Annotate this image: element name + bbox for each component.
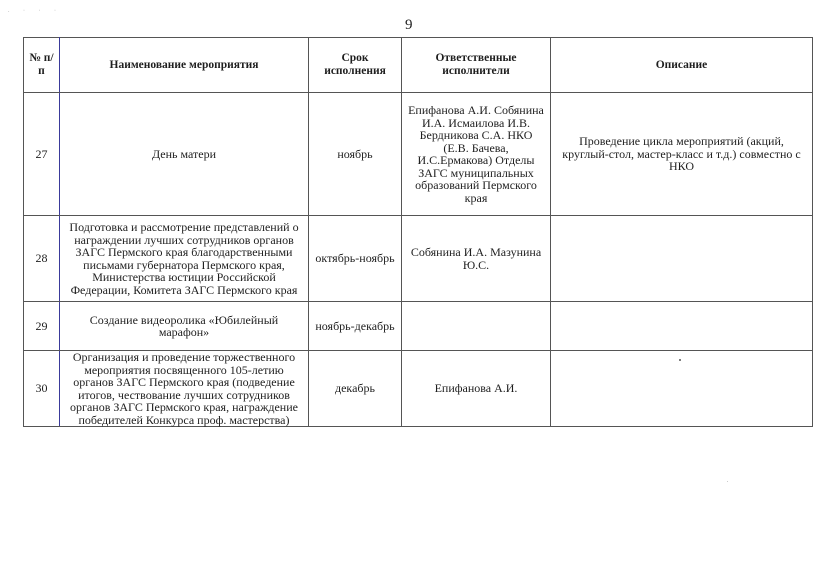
table-header-row: № п/п Наименование мероприятия Срок испо…	[24, 38, 813, 93]
event-responsible: Епифанова А.И. Собянина И.А. Исмаилова И…	[402, 93, 551, 216]
scan-dot	[679, 359, 681, 361]
events-plan-table: № п/п Наименование мероприятия Срок испо…	[23, 37, 813, 427]
event-responsible: Собянина И.А. Мазунина Ю.С.	[402, 216, 551, 302]
header-description: Описание	[551, 38, 813, 93]
row-number: 30	[24, 351, 60, 427]
table-row: 28 Подготовка и рассмотрение представлен…	[24, 216, 813, 302]
event-description: Проведение цикла мероприятий (акций, кру…	[551, 93, 813, 216]
event-responsible: Епифанова А.И.	[402, 351, 551, 427]
event-description	[551, 302, 813, 351]
row-number: 29	[24, 302, 60, 351]
header-responsible: Ответственные исполнители	[402, 38, 551, 93]
table-row: 29 Создание видеоролика «Юбилейный мараф…	[24, 302, 813, 351]
header-term: Срок исполнения	[309, 38, 402, 93]
header-number: № п/п	[24, 38, 60, 93]
table-row: 30 Организация и проведение торжественно…	[24, 351, 813, 427]
event-description	[551, 216, 813, 302]
header-event-name: Наименование мероприятия	[60, 38, 309, 93]
event-term: декабрь	[309, 351, 402, 427]
event-description	[551, 351, 813, 427]
table-row: 27 День матери ноябрь Епифанова А.И. Соб…	[24, 93, 813, 216]
event-term: октябрь-ноябрь	[309, 216, 402, 302]
event-name: Создание видеоролика «Юбилейный марафон»	[60, 302, 309, 351]
row-number: 27	[24, 93, 60, 216]
event-name: Подготовка и рассмотрение представлений …	[60, 216, 309, 302]
scan-artifacts: . · · ·	[8, 8, 62, 14]
event-term: ноябрь	[309, 93, 402, 216]
event-name: Организация и проведение торжественного …	[60, 351, 309, 427]
scan-dot	[727, 481, 728, 482]
row-number: 28	[24, 216, 60, 302]
event-responsible	[402, 302, 551, 351]
event-term: ноябрь-декабрь	[309, 302, 402, 351]
page-number: 9	[405, 17, 413, 34]
event-name: День матери	[60, 93, 309, 216]
